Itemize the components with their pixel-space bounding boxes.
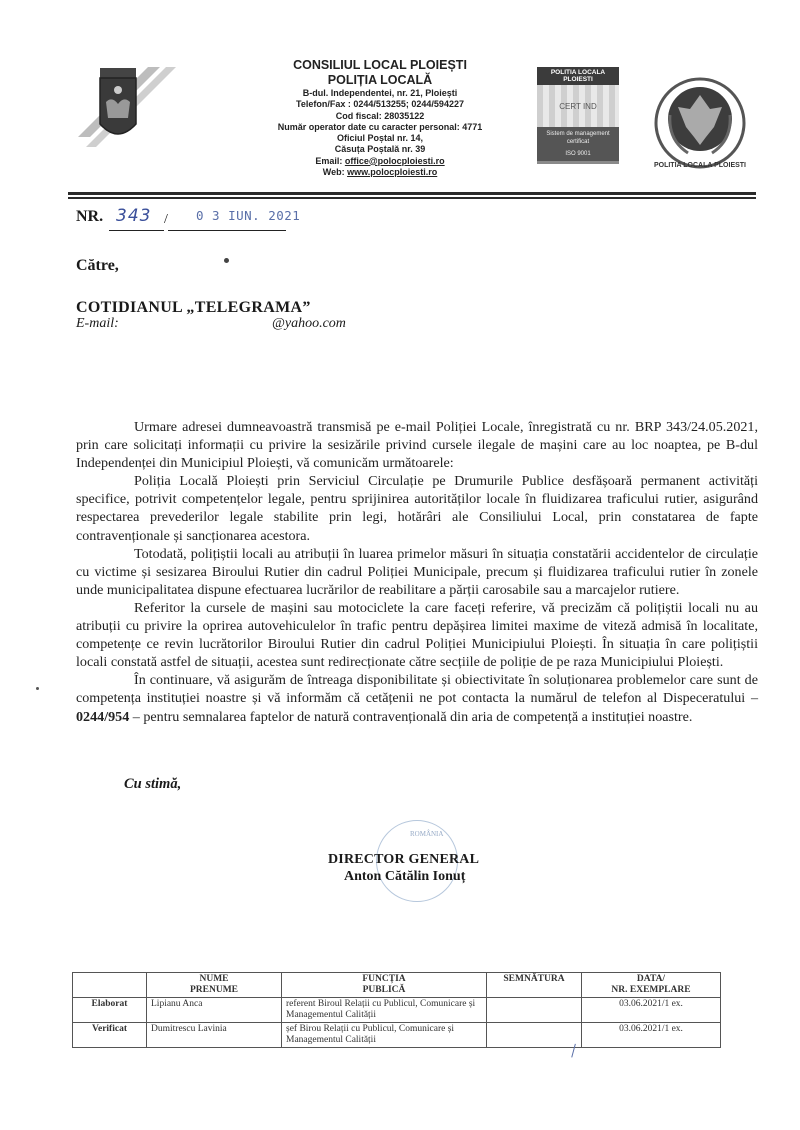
row-date: 03.06.2021/1 ex.: [582, 1023, 721, 1048]
org-email-line: Email: office@polocploiesti.ro: [200, 156, 560, 167]
dispatch-phone: 0244/954: [76, 709, 129, 725]
recipient-to-label: Către,: [76, 257, 119, 275]
org-post-office: Oficiul Poștal nr. 14,: [200, 133, 560, 144]
row-function: șef Birou Relații cu Publicul, Comunicar…: [282, 1023, 487, 1048]
table-row: Verificat Dumitrescu Lavinia șef Birou R…: [73, 1023, 721, 1048]
iso-certification-badge: POLITIA LOCALA PLOIESTI CERT IND Sistem …: [537, 67, 619, 164]
reference-separator: /: [164, 212, 168, 228]
header-divider-thin: [68, 197, 756, 199]
org-operator: Număr operator date cu caracter personal…: [200, 122, 560, 133]
table-row: Elaborat Lipianu Anca referent Biroul Re…: [73, 998, 721, 1023]
reference-label: NR.: [76, 208, 103, 226]
paragraph-traffic-service: Poliția Locală Ploiești prin Serviciul C…: [76, 472, 758, 544]
certind-logo-icon: CERT IND: [537, 85, 619, 127]
table-header-row: NUMEPRENUME FUNCȚIAPUBLICĂ SEMNĂTURA DAT…: [73, 973, 721, 998]
row-signature: [487, 998, 582, 1023]
org-address: B-dul. Independentei, nr. 21, Ploiești: [200, 88, 560, 99]
reference-number: 343: [116, 206, 151, 226]
signatory-title: DIRECTOR GENERAL: [328, 852, 479, 868]
org-fiscal-code: Cod fiscal: 28035122: [200, 111, 560, 122]
paragraph-request: Urmare adresei dumneavoastră transmisă p…: [76, 418, 758, 472]
paragraph-contact: În continuare, vă asigurăm de întreaga d…: [76, 671, 758, 725]
org-police: POLIȚIA LOCALĂ: [200, 73, 560, 88]
paragraph-accidents: Totodată, polițiștii locali au atribuții…: [76, 545, 758, 599]
contact-text-after: – pentru semnalarea faptelor de natură c…: [129, 709, 692, 725]
email-label: Email:: [315, 156, 345, 166]
scan-speck: [36, 687, 39, 690]
row-role: Verificat: [73, 1023, 147, 1048]
org-council: CONSILIUL LOCAL PLOIEȘTI: [200, 58, 560, 73]
row-role: Elaborat: [73, 998, 147, 1023]
row-name: Dumitrescu Lavinia: [147, 1023, 282, 1048]
letterhead: CONSILIUL LOCAL PLOIEȘTI POLIȚIA LOCALĂ …: [200, 58, 560, 178]
stamp-text: ROMÂNIA: [410, 830, 443, 838]
svg-text:POLITIA LOCALA PLOIESTI: POLITIA LOCALA PLOIESTI: [654, 162, 746, 169]
org-email-link[interactable]: office@polocploiesti.ro: [345, 156, 445, 166]
org-po-box: Căsuța Poștală nr. 39: [200, 144, 560, 155]
reference-date-stamp: 0 3 IUN. 2021: [196, 208, 300, 223]
row-date: 03.06.2021/1 ex.: [582, 998, 721, 1023]
reference-number-underline: [109, 230, 164, 231]
header-name: NUMEPRENUME: [147, 973, 282, 998]
recipient-email-value: @yahoo.com: [272, 316, 346, 332]
iso-caption-text: Sistem de management certificat: [539, 130, 617, 146]
iso-standard: ISO 9001: [539, 150, 617, 158]
web-label: Web:: [323, 167, 347, 177]
header-role: [73, 973, 147, 998]
header-function: FUNCȚIAPUBLICĂ: [282, 973, 487, 998]
city-crest-logo: [78, 62, 178, 152]
header-divider-thick: [68, 192, 756, 195]
iso-badge-caption: Sistem de management certificat ISO 9001: [537, 127, 619, 161]
iso-badge-title: POLITIA LOCALA PLOIESTI: [537, 67, 619, 85]
header-signature: SEMNĂTURA: [487, 973, 582, 998]
local-police-seal-logo: POLITIA LOCALA PLOIESTI: [650, 75, 750, 175]
header-date: DATA/NR. EXEMPLARE: [582, 973, 721, 998]
contact-text-before: În continuare, vă asigurăm de întreaga d…: [76, 672, 758, 706]
signatory-name: Anton Cătălin Ionuț: [344, 869, 465, 885]
scan-speck: [224, 258, 229, 263]
org-web-link[interactable]: www.polocploiesti.ro: [347, 167, 437, 177]
closing-salutation: Cu stimă,: [124, 776, 181, 793]
recipient-name: COTIDIANUL „TELEGRAMA”: [76, 299, 311, 317]
recipient-email-label: E-mail:: [76, 316, 119, 332]
row-signature: [487, 1023, 582, 1048]
row-function: referent Biroul Relații cu Publicul, Com…: [282, 998, 487, 1023]
org-web-line: Web: www.polocploiesti.ro: [200, 167, 560, 178]
row-name: Lipianu Anca: [147, 998, 282, 1023]
org-phone: Telefon/Fax : 0244/513255; 0244/594227: [200, 99, 560, 110]
letter-body: Urmare adresei dumneavoastră transmisă p…: [76, 418, 758, 726]
paragraph-races: Referitor la cursele de mașini sau motoc…: [76, 599, 758, 671]
reference-date-underline: [168, 230, 286, 231]
approval-table: NUMEPRENUME FUNCȚIAPUBLICĂ SEMNĂTURA DAT…: [72, 972, 721, 1048]
